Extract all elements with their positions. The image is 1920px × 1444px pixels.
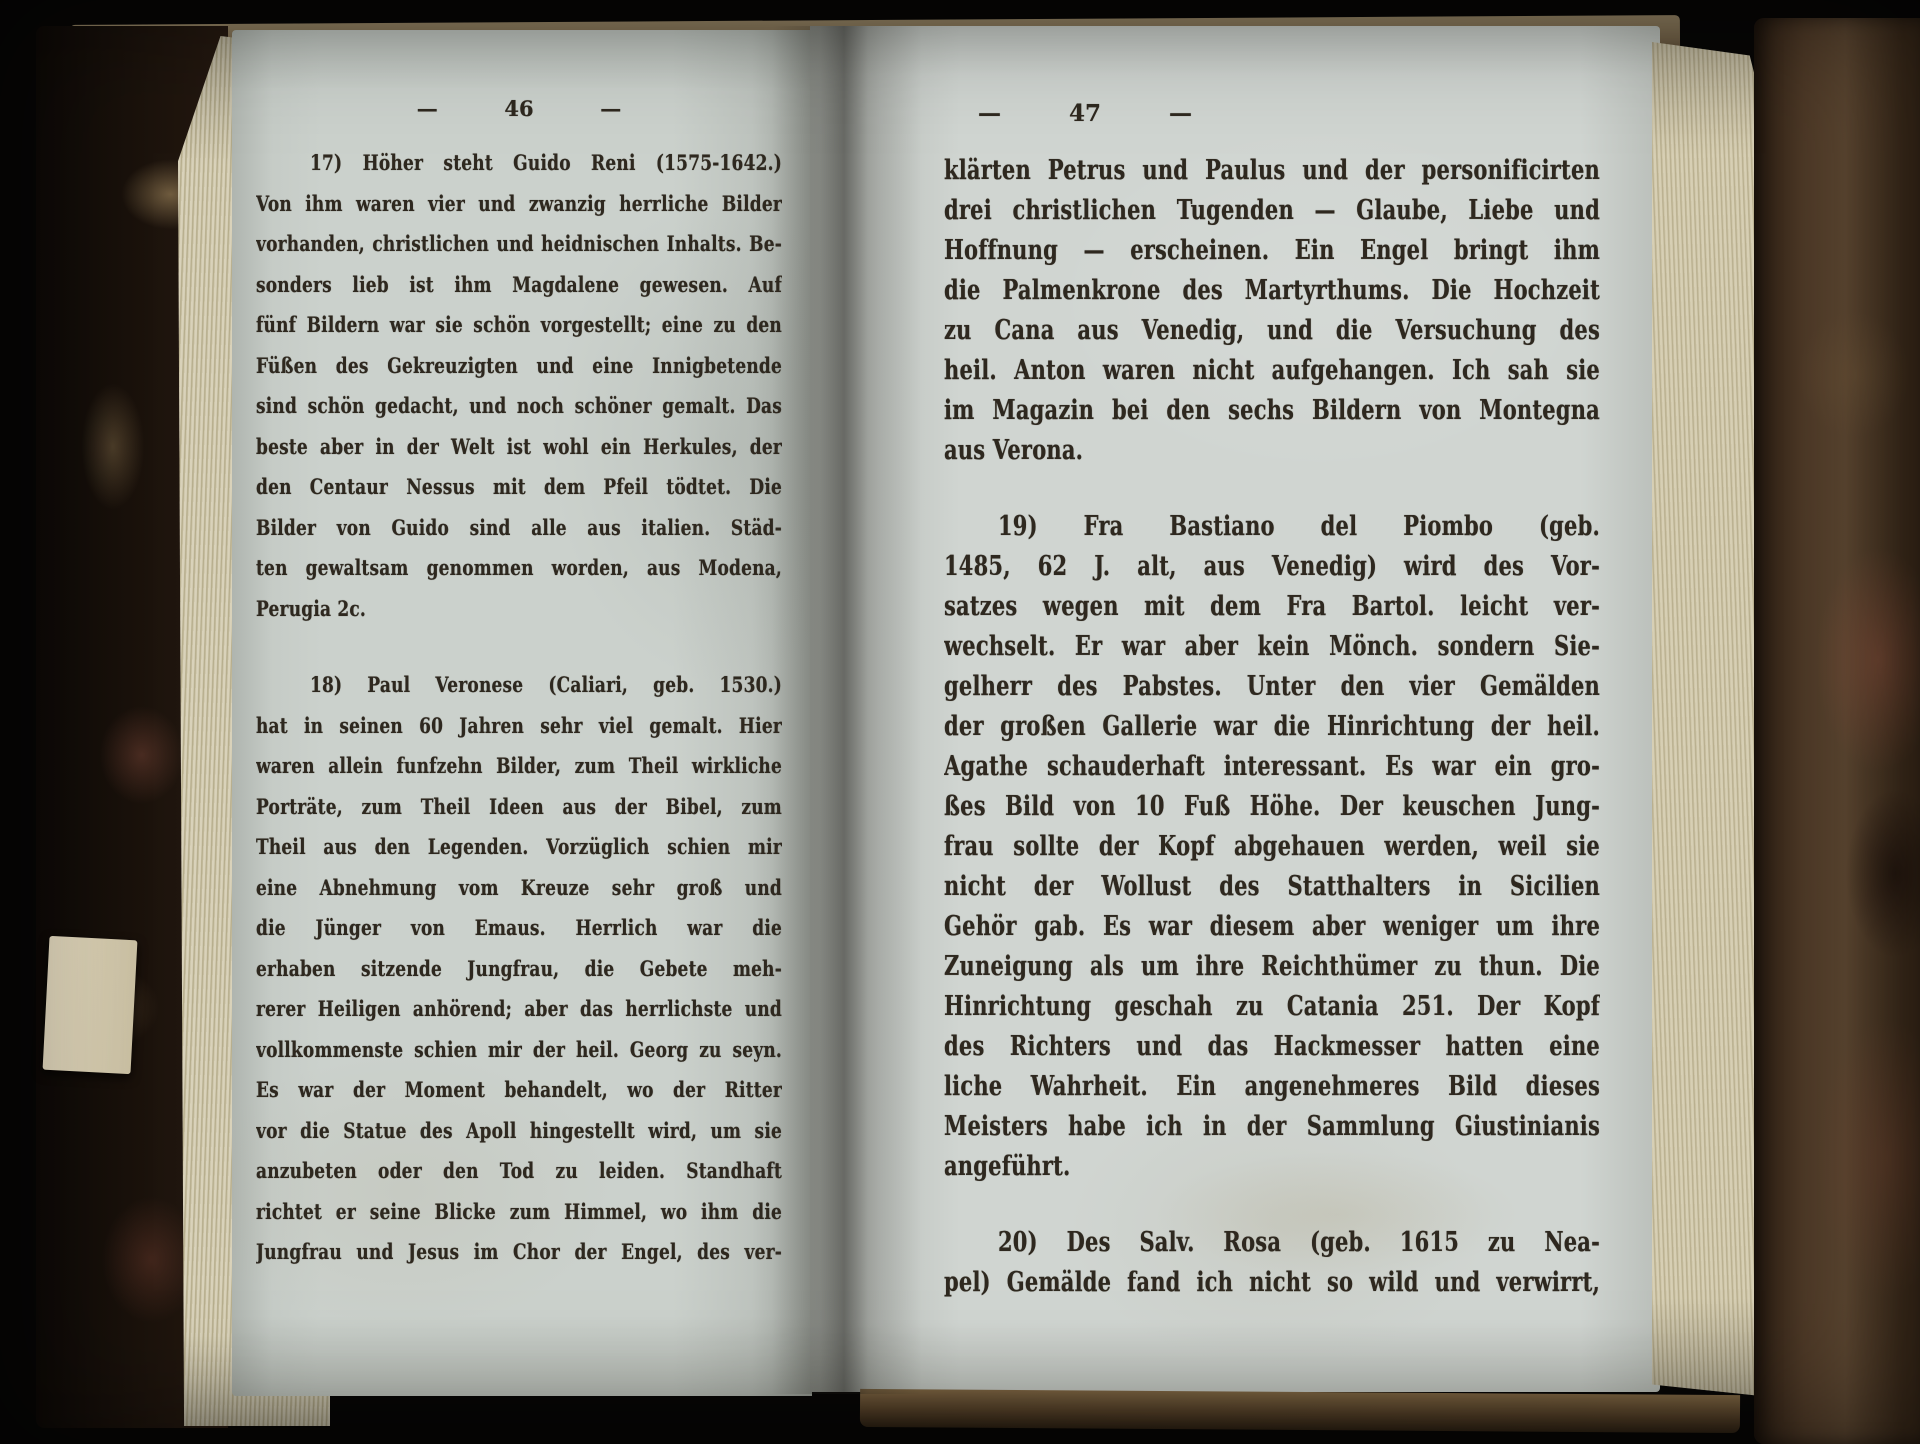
text-line: angeführt. (944, 1140, 1600, 1191)
text-line: Perugia 2c. (256, 584, 782, 636)
page-46-lines: 17) Höher steht Guido Reni (1575-1642.) … (256, 145, 782, 1275)
book-bottom-edge (860, 1389, 1740, 1433)
book-gutter (772, 26, 922, 1394)
page-number-right: — 47 — (944, 100, 1600, 127)
page-46-text: — 46 — 17) Höher steht Guido Reni (1575-… (256, 96, 782, 1275)
open-book-photo: — 46 — 17) Höher steht Guido Reni (1575-… (0, 0, 1920, 1444)
text-line: Jungfrau und Jesus im Chor der Engel, de… (256, 1227, 782, 1279)
right-cover-leather (1754, 18, 1920, 1444)
paper-slip (43, 936, 138, 1074)
page-47-text: — 47 — klärten Petrus und Paulus und der… (944, 100, 1600, 1303)
page-number-left: — 46 — (256, 96, 782, 121)
text-line: aus Verona. (944, 424, 1600, 475)
text-line: pel) Gemälde fand ich nicht so wild und … (944, 1256, 1600, 1307)
page-47-lines: klärten Petrus und Paulus und der person… (944, 151, 1600, 1303)
